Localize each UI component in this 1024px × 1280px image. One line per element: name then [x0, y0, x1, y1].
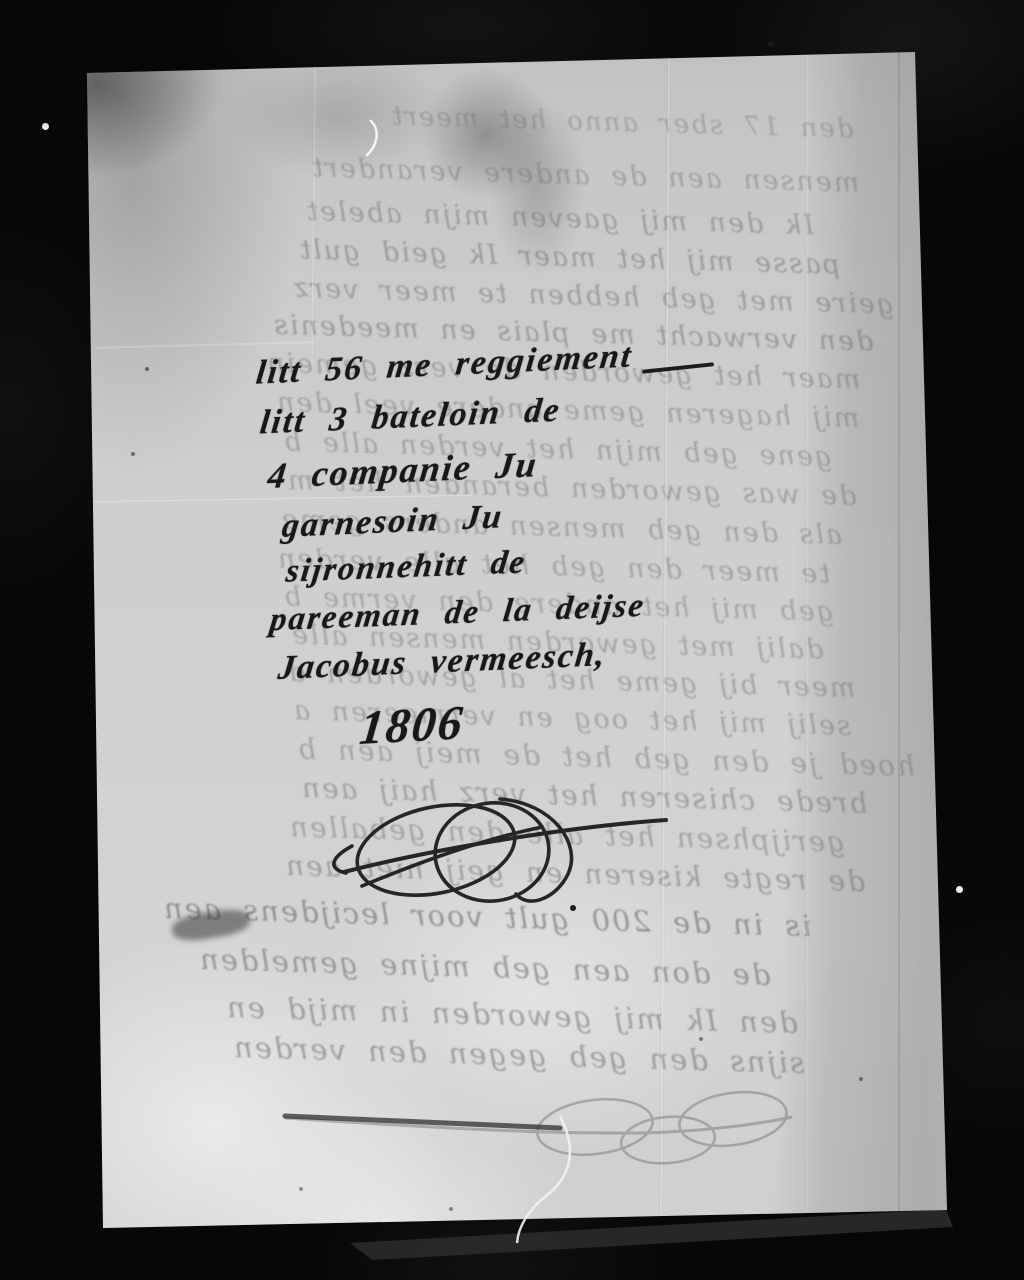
dark-specks: [0, 3, 2, 5]
photograph-of-document: den 17 sber anno het meertmensen aen de …: [0, 0, 1024, 1280]
white-thread: [0, 0, 1024, 1280]
